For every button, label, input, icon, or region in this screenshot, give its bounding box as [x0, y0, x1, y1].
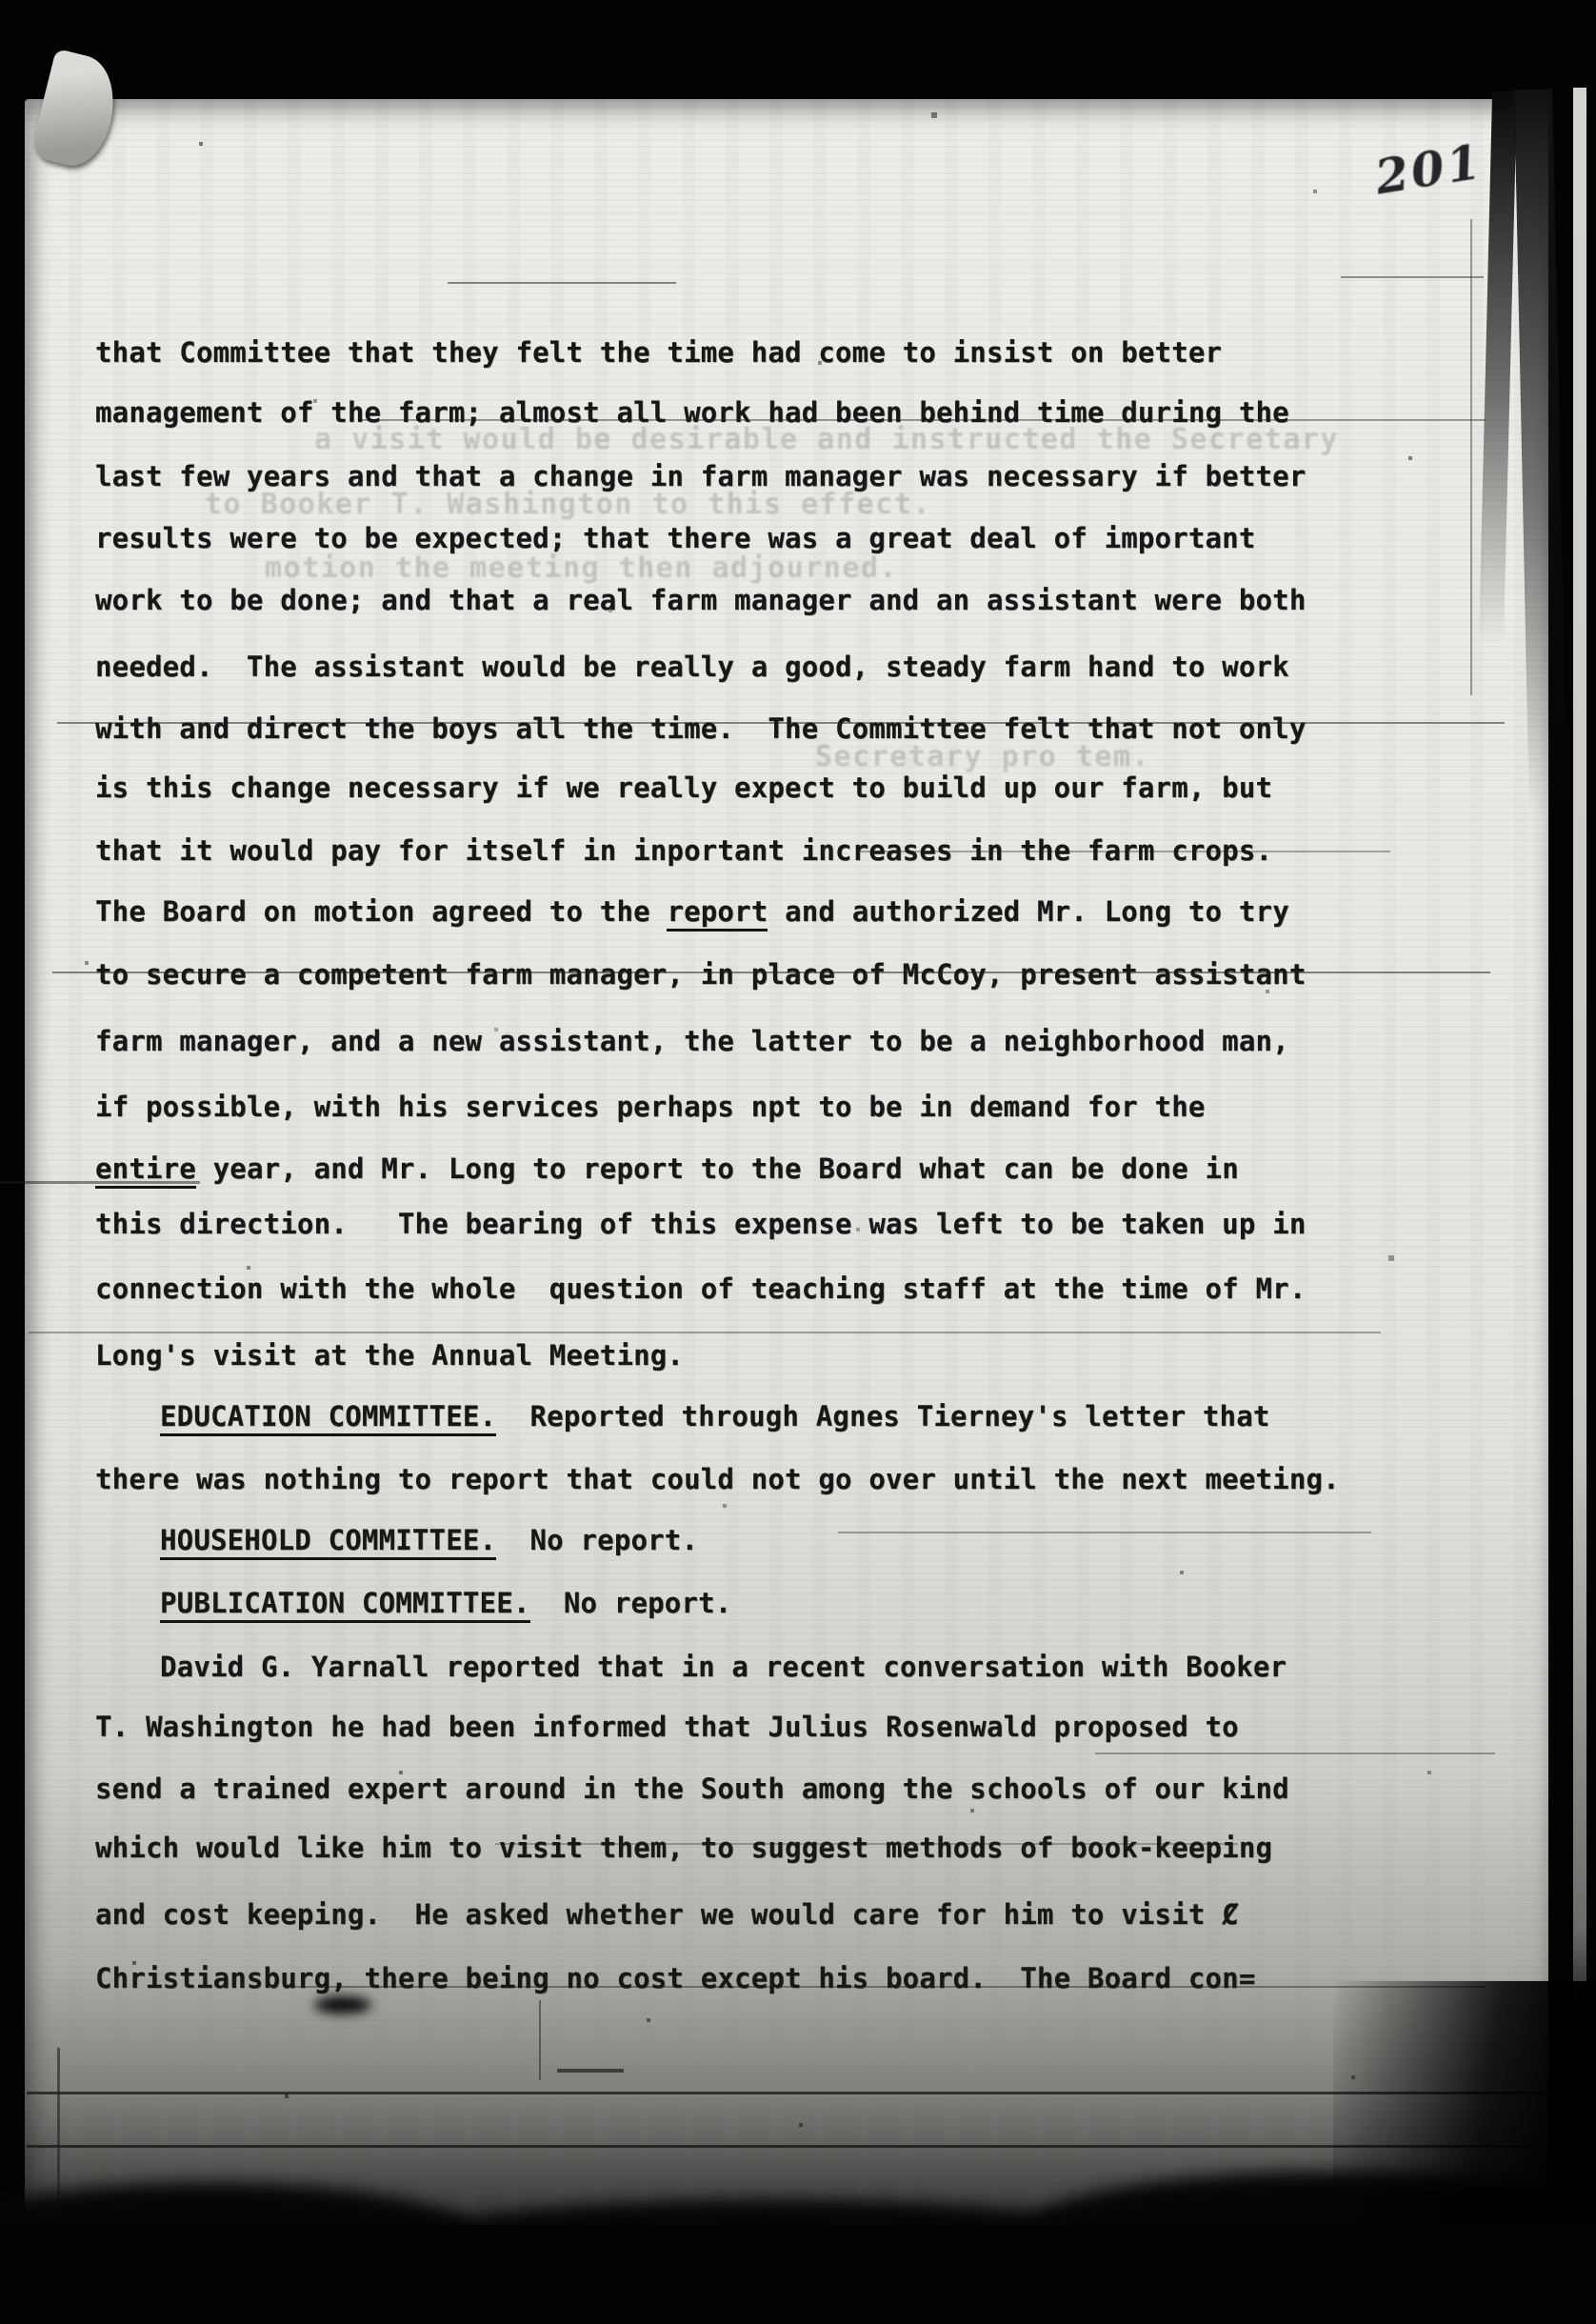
text-segment: which would like him to visit them, to s…	[95, 1832, 1272, 1864]
text-segment: management of the farm; almost all work …	[95, 396, 1289, 429]
text-line: send a trained expert around in the Sout…	[95, 1773, 1289, 1805]
adjacent-page-edge	[1571, 88, 1586, 2007]
text-line: needed. The assistant would be really a …	[95, 651, 1289, 683]
text-segment: with and direct the boys all the time. T…	[95, 712, 1306, 745]
text-line: T. Washington he had been informed that …	[95, 1711, 1239, 1743]
scan-artifact-line	[57, 722, 1505, 724]
underlined-text: PUBLICATION COMMITTEE.	[160, 1587, 530, 1623]
text-line: to secure a competent farm manager, in p…	[95, 958, 1306, 991]
text-line: results were to be expected; that there …	[95, 522, 1256, 554]
scan-artifact-line	[52, 972, 1490, 973]
text-line: if possible, with his services perhaps n…	[95, 1091, 1206, 1123]
scan-shadow-corner	[1333, 1981, 1596, 2267]
text-line: The Board on motion agreed to the report…	[95, 895, 1289, 928]
text-line: HOUSEHOLD COMMITTEE. No report.	[160, 1524, 698, 1556]
text-line: farm manager, and a new assistant, the l…	[95, 1025, 1289, 1057]
text-segment: No report.	[496, 1524, 698, 1556]
text-line: last few years and that a change in farm…	[95, 460, 1306, 492]
text-segment: this direction. The bearing of this expe…	[95, 1208, 1306, 1240]
text-segment: connection with the whole question of te…	[95, 1272, 1306, 1305]
text-segment: The Board on motion agreed to the	[95, 895, 667, 928]
underlined-text: HOUSEHOLD COMMITTEE.	[160, 1524, 496, 1560]
underlined-text: report	[667, 895, 768, 932]
text-line: which would like him to visit them, to s…	[95, 1832, 1272, 1864]
bleed-through-text: to Booker T. Washington to this effect.	[205, 488, 931, 521]
scan-artifact-line	[362, 419, 1486, 421]
scan-artifact-line	[0, 1181, 200, 1184]
scan-artifact-line	[1095, 1753, 1495, 1754]
bleed-through-text: Secretary pro tem.	[815, 740, 1150, 773]
scan-artifact-line	[27, 2092, 1546, 2094]
scan-artifact-line	[557, 2069, 624, 2073]
text-line: David G. Yarnall reported that in a rece…	[160, 1651, 1287, 1683]
text-segment: needed. The assistant would be really a …	[95, 651, 1289, 683]
text-segment: Long's visit at the Annual Meeting.	[95, 1339, 684, 1372]
text-segment: work to be done; and that a real farm ma…	[95, 584, 1306, 616]
text-line: with and direct the boys all the time. T…	[95, 712, 1306, 745]
text-segment: there was nothing to report that could n…	[95, 1463, 1340, 1495]
scan-noise	[0, 0, 2, 2]
text-line: that Committee that they felt the time h…	[95, 336, 1222, 369]
underlined-text: EDUCATION COMMITTEE.	[160, 1400, 496, 1436]
text-line: this direction. The bearing of this expe…	[95, 1208, 1306, 1240]
scan-artifact-line	[286, 1986, 1486, 1988]
text-segment: Reported through Agnes Tierney's letter …	[496, 1400, 1269, 1432]
text-line: connection with the whole question of te…	[95, 1272, 1306, 1305]
text-segment: Christiansburg, there being no cost exce…	[95, 1962, 1256, 1994]
text-segment: if possible, with his services perhaps n…	[95, 1091, 1206, 1123]
scan-artifact-line	[857, 851, 1390, 852]
text-segment: and authorized Mr. Long to try	[768, 895, 1288, 928]
scan-artifact-line	[495, 1843, 1238, 1845]
text-segment: is this change necessary if we really ex…	[95, 771, 1272, 804]
text-line: work to be done; and that a real farm ma…	[95, 584, 1306, 616]
text-segment: No report.	[530, 1587, 732, 1619]
text-line: there was nothing to report that could n…	[95, 1463, 1340, 1495]
text-line: Christiansburg, there being no cost exce…	[95, 1962, 1256, 1994]
text-segment: that Committee that they felt the time h…	[95, 336, 1222, 369]
scan-artifact-line	[1470, 219, 1472, 695]
scan-artifact-line	[27, 2145, 1546, 2148]
scan-artifact-line	[29, 1332, 1381, 1333]
text-line: EDUCATION COMMITTEE. Reported through Ag…	[160, 1400, 1270, 1432]
ink-smudge	[314, 1996, 371, 2013]
text-line: is this change necessary if we really ex…	[95, 771, 1272, 804]
text-segment: and cost keeping. He asked whether we wo…	[95, 1898, 1239, 1931]
scan-artifact-line	[448, 282, 676, 284]
text-line: PUBLICATION COMMITTEE. No report.	[160, 1587, 731, 1619]
text-line: and cost keeping. He asked whether we wo…	[95, 1898, 1239, 1931]
text-segment: David G. Yarnall reported that in a rece…	[160, 1651, 1287, 1683]
text-segment: farm manager, and a new assistant, the l…	[95, 1025, 1289, 1057]
bleed-through-text: motion the meeting then adjourned.	[265, 551, 898, 585]
scan-artifact-line	[1341, 276, 1484, 278]
text-line: Long's visit at the Annual Meeting.	[95, 1339, 684, 1372]
text-segment: results were to be expected; that there …	[95, 522, 1256, 554]
scan-artifact-line	[838, 1532, 1371, 1533]
text-segment: send a trained expert around in the Sout…	[95, 1773, 1289, 1805]
text-segment: last few years and that a change in farm…	[95, 460, 1306, 492]
scanned-document: 201 a visit would be desirable and instr…	[0, 0, 1596, 2324]
text-line: entire year, and Mr. Long to report to t…	[95, 1152, 1239, 1185]
text-segment: T. Washington he had been informed that …	[95, 1711, 1239, 1743]
text-line: management of the farm; almost all work …	[95, 396, 1289, 429]
text-segment: year, and Mr. Long to report to the Boar…	[196, 1152, 1239, 1185]
text-segment: to secure a competent farm manager, in p…	[95, 958, 1306, 991]
scan-artifact-line	[539, 2000, 541, 2080]
scan-shadow-bottom	[0, 2225, 1596, 2324]
